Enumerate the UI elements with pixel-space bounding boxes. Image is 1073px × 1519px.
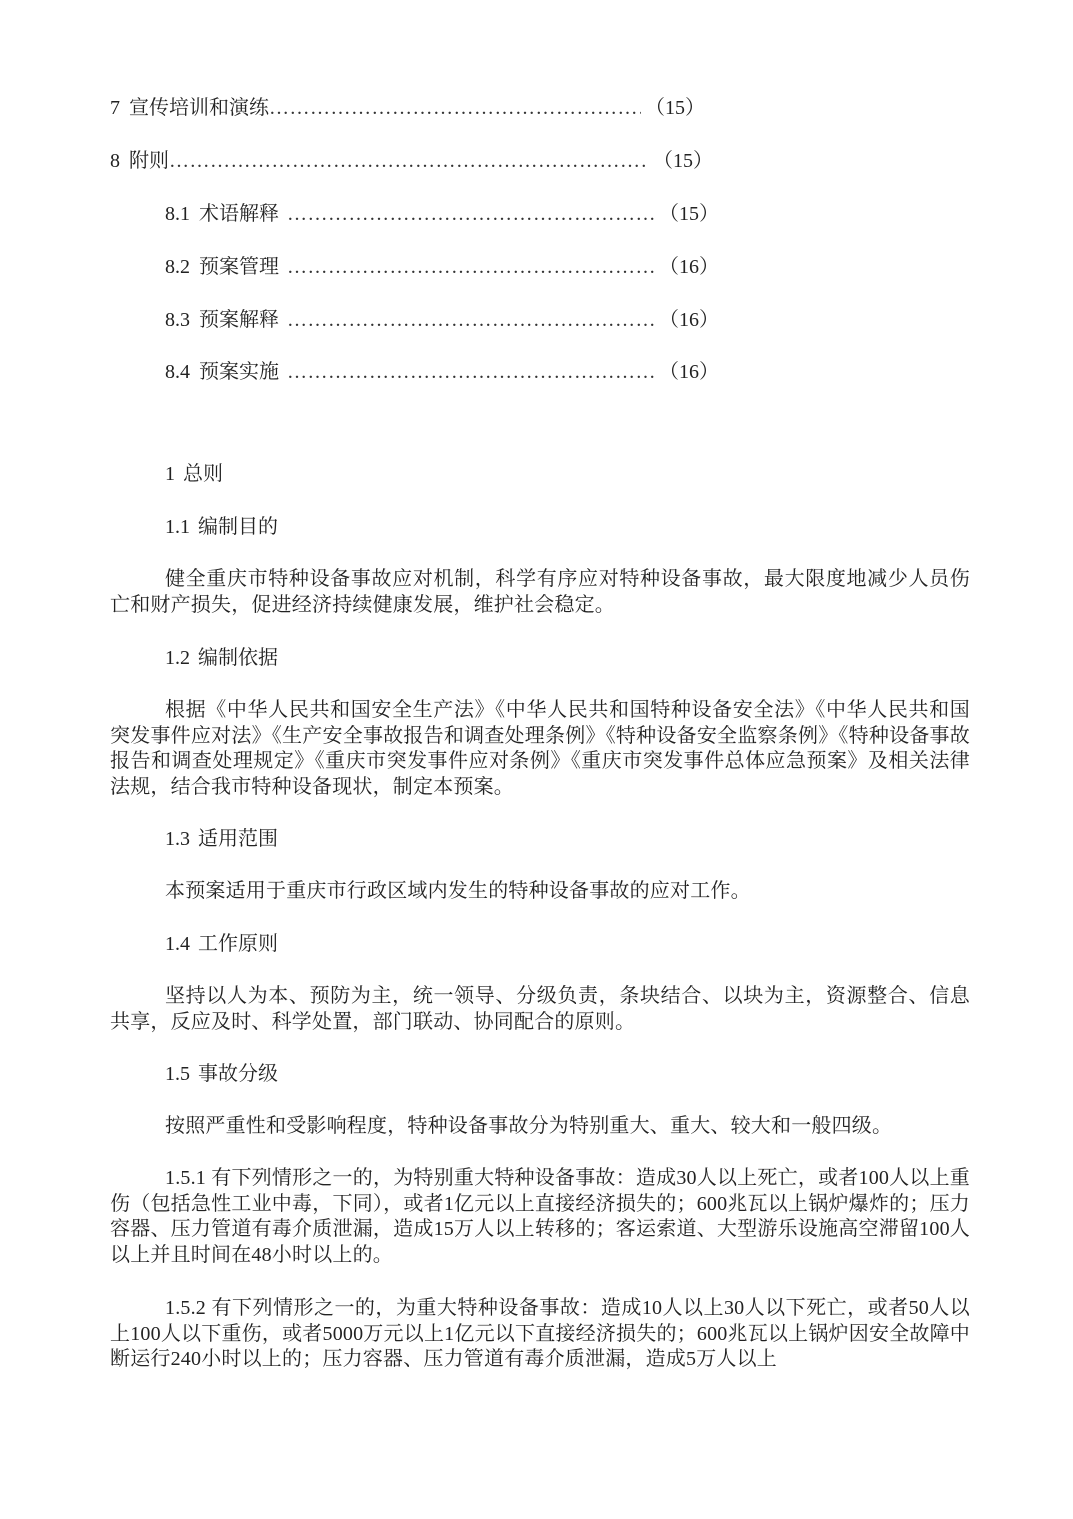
paragraph-principles: 坚持以人为本、预防为主，统一领导、分级负责，条块结合、以块为主，资源整合、信息共… [110, 984, 970, 1035]
toc-page-number: （16） [659, 308, 719, 332]
toc-title: 宣传培训和演练 [129, 96, 269, 120]
toc-page-number: （16） [659, 360, 719, 384]
section-heading-1-3: 1.3适用范围 [165, 827, 278, 851]
toc-number: 8 [110, 149, 120, 173]
section-heading-1-1: 1.1编制目的 [165, 515, 278, 539]
toc-leader-dots: …………………………………………………………………………………………………………… [169, 149, 649, 173]
section-heading-1-4: 1.4工作原则 [165, 932, 278, 956]
paragraph-classification: 按照严重性和受影响程度，特种设备事故分为特别重大、重大、较大和一般四级。 [110, 1114, 970, 1140]
section-title: 适用范围 [198, 828, 278, 850]
paragraph-1-5-2: 1.5.2 有下列情形之一的，为重大特种设备事故：造成10人以上30人以下死亡，… [110, 1296, 970, 1373]
section-number: 1.3 [165, 828, 190, 850]
toc-entry-8-1[interactable]: 8.1 术语解释 …………………………………………………………………………………… [165, 202, 719, 226]
toc-leader-dots: …………………………………………………………………………………………………………… [287, 360, 655, 384]
toc-title: 附则 [129, 149, 169, 173]
toc-number: 8.1 [165, 202, 190, 226]
section-number: 1 [165, 463, 175, 485]
toc-number: 8.4 [165, 360, 190, 384]
section-title: 编制目的 [198, 516, 278, 538]
toc-title: 预案实施 [199, 360, 279, 384]
section-title: 总则 [183, 463, 223, 485]
toc-number: 7 [110, 96, 120, 120]
paragraph-purpose: 健全重庆市特种设备事故应对机制，科学有序应对特种设备事故，最大限度地减少人员伤亡… [110, 567, 970, 618]
toc-title: 术语解释 [199, 202, 279, 226]
document-page: 7 宣传培训和演练 ………………………………………………………………………………… [0, 0, 1073, 1519]
toc-number: 8.2 [165, 255, 190, 279]
section-title: 事故分级 [198, 1063, 278, 1085]
toc-entry-8-3[interactable]: 8.3 预案解释 …………………………………………………………………………………… [165, 308, 719, 332]
section-heading-1-5: 1.5事故分级 [165, 1062, 278, 1086]
toc-title: 预案管理 [199, 255, 279, 279]
toc-leader-dots: …………………………………………………………………………………………………………… [287, 255, 655, 279]
toc-leader-dots: …………………………………………………………………………………………………………… [287, 202, 655, 226]
section-heading-1: 1总则 [165, 462, 223, 486]
toc-page-number: （15） [653, 149, 713, 173]
paragraph-basis: 根据《中华人民共和国安全生产法》《中华人民共和国特种设备安全法》《中华人民共和国… [110, 698, 970, 800]
section-number: 1.1 [165, 516, 190, 538]
section-heading-1-2: 1.2编制依据 [165, 646, 278, 670]
toc-number: 8.3 [165, 308, 190, 332]
section-title: 编制依据 [198, 647, 278, 669]
paragraph-scope: 本预案适用于重庆市行政区域内发生的特种设备事故的应对工作。 [110, 879, 970, 905]
toc-page-number: （15） [659, 202, 719, 226]
toc-entry-7[interactable]: 7 宣传培训和演练 ………………………………………………………………………………… [110, 96, 705, 120]
toc-title: 预案解释 [199, 308, 279, 332]
section-number: 1.4 [165, 933, 190, 955]
toc-leader-dots: …………………………………………………………………………………………………………… [287, 308, 655, 332]
section-number: 1.2 [165, 647, 190, 669]
paragraph-1-5-1: 1.5.1 有下列情形之一的，为特别重大特种设备事故：造成30人以上死亡，或者1… [110, 1166, 970, 1268]
toc-page-number: （15） [645, 96, 705, 120]
toc-entry-8-2[interactable]: 8.2 预案管理 …………………………………………………………………………………… [165, 255, 719, 279]
section-number: 1.5 [165, 1063, 190, 1085]
toc-page-number: （16） [659, 255, 719, 279]
toc-entry-8-4[interactable]: 8.4 预案实施 …………………………………………………………………………………… [165, 360, 719, 384]
toc-leader-dots: …………………………………………………………………………………………………………… [269, 96, 641, 120]
toc-entry-8[interactable]: 8 附则 ……………………………………………………………………………………………… [110, 149, 713, 173]
section-title: 工作原则 [198, 933, 278, 955]
